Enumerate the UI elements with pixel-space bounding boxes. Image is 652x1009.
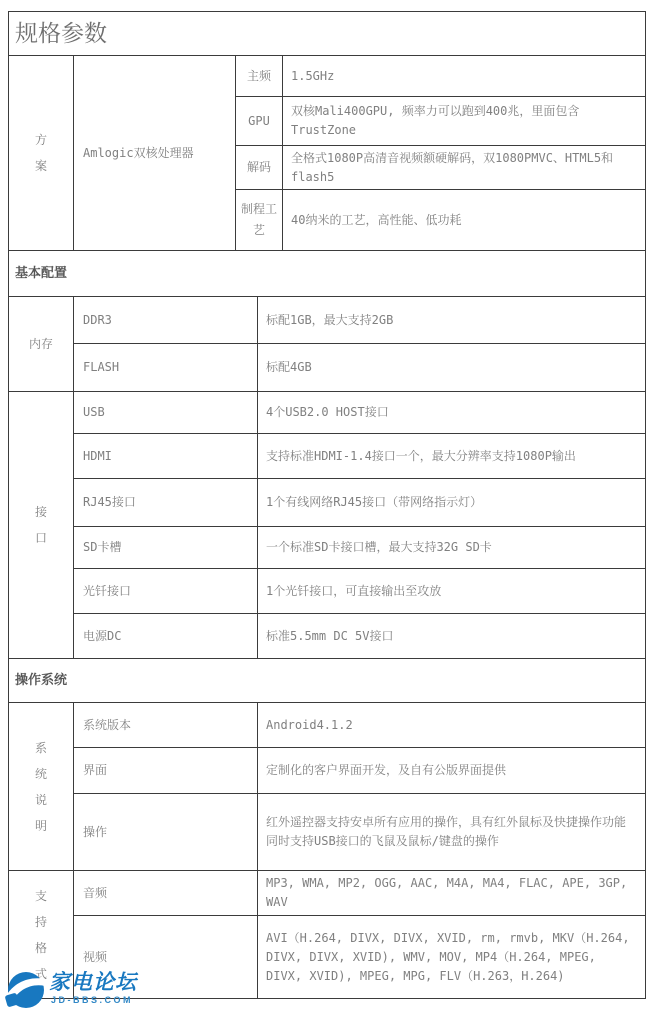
spec-label-hdmi: HDMI <box>74 434 258 479</box>
section-header-os: 操作系统 <box>9 659 646 703</box>
spec-label-power-dc: 电源DC <box>74 614 258 659</box>
spec-label-gpu: GPU <box>236 97 283 146</box>
spec-label-video: 视频 <box>74 916 258 999</box>
group-label-memory: 内存 <box>9 297 74 392</box>
spec-label-os-version: 系统版本 <box>74 703 258 748</box>
spec-value-rj45: 1个有线网络RJ45接口（带网络指示灯） <box>258 479 646 527</box>
spec-label-decode: 解码 <box>236 146 283 190</box>
spec-table: 规格参数 方 案 Amlogic双核处理器 主频 1.5GHz GPU 双核Ma… <box>8 11 646 999</box>
spec-label-ui: 界面 <box>74 748 258 794</box>
spec-value-sd-slot: 一个标准SD卡接口槽，最大支持32G SD卡 <box>258 527 646 569</box>
group-label-formats: 支 持 格 式 <box>9 871 74 999</box>
spec-label-cpu-freq: 主频 <box>236 56 283 97</box>
spec-value-flash: 标配4GB <box>258 344 646 392</box>
spec-value-os-version: Android4.1.2 <box>258 703 646 748</box>
spec-label-ddr3: DDR3 <box>74 297 258 344</box>
spec-value-decode: 全格式1080P高清音视频额硬解码，双1080PMVC、HTML5和flash5 <box>283 146 646 190</box>
spec-value-audio: MP3, WMA, MP2, OGG, AAC, M4A, MA4, FLAC,… <box>258 871 646 916</box>
soc-chip-value: Amlogic双核处理器 <box>74 56 236 251</box>
spec-value-usb: 4个USB2.0 HOST接口 <box>258 392 646 434</box>
spec-value-ddr3: 标配1GB，最大支持2GB <box>258 297 646 344</box>
spec-label-usb: USB <box>74 392 258 434</box>
spec-value-optical: 1个光钎接口，可直接输出至攻放 <box>258 569 646 614</box>
spec-value-gpu: 双核Mali400GPU, 频率力可以跑到400兆，里面包含TrustZone <box>283 97 646 146</box>
spec-label-sd-slot: SD卡槽 <box>74 527 258 569</box>
spec-value-cpu-freq: 1.5GHz <box>283 56 646 97</box>
spec-value-power-dc: 标准5.5mm DC 5V接口 <box>258 614 646 659</box>
spec-label-control: 操作 <box>74 794 258 871</box>
page-title: 规格参数 <box>9 12 646 56</box>
spec-value-control: 红外遥控器支持安卓所有应用的操作，具有红外鼠标及快捷操作功能 同时支持USB接口… <box>258 794 646 871</box>
spec-label-audio: 音频 <box>74 871 258 916</box>
group-label-ports: 接 口 <box>9 392 74 659</box>
spec-value-process: 40纳米的工艺，高性能、低功耗 <box>283 190 646 251</box>
spec-label-flash: FLASH <box>74 344 258 392</box>
spec-value-ui: 定制化的客户界面开发，及自有公版界面提供 <box>258 748 646 794</box>
group-label-system: 系 统 说 明 <box>9 703 74 871</box>
spec-label-optical: 光钎接口 <box>74 569 258 614</box>
spec-value-hdmi: 支持标准HDMI-1.4接口一个，最大分辨率支持1080P输出 <box>258 434 646 479</box>
spec-value-video: AVI（H.264, DIVX, DIVX, XVID, rm, rmvb, M… <box>258 916 646 999</box>
group-label-soc: 方 案 <box>9 56 74 251</box>
section-header-basic-config: 基本配置 <box>9 251 646 297</box>
spec-label-process: 制程工艺 <box>236 190 283 251</box>
spec-label-rj45: RJ45接口 <box>74 479 258 527</box>
